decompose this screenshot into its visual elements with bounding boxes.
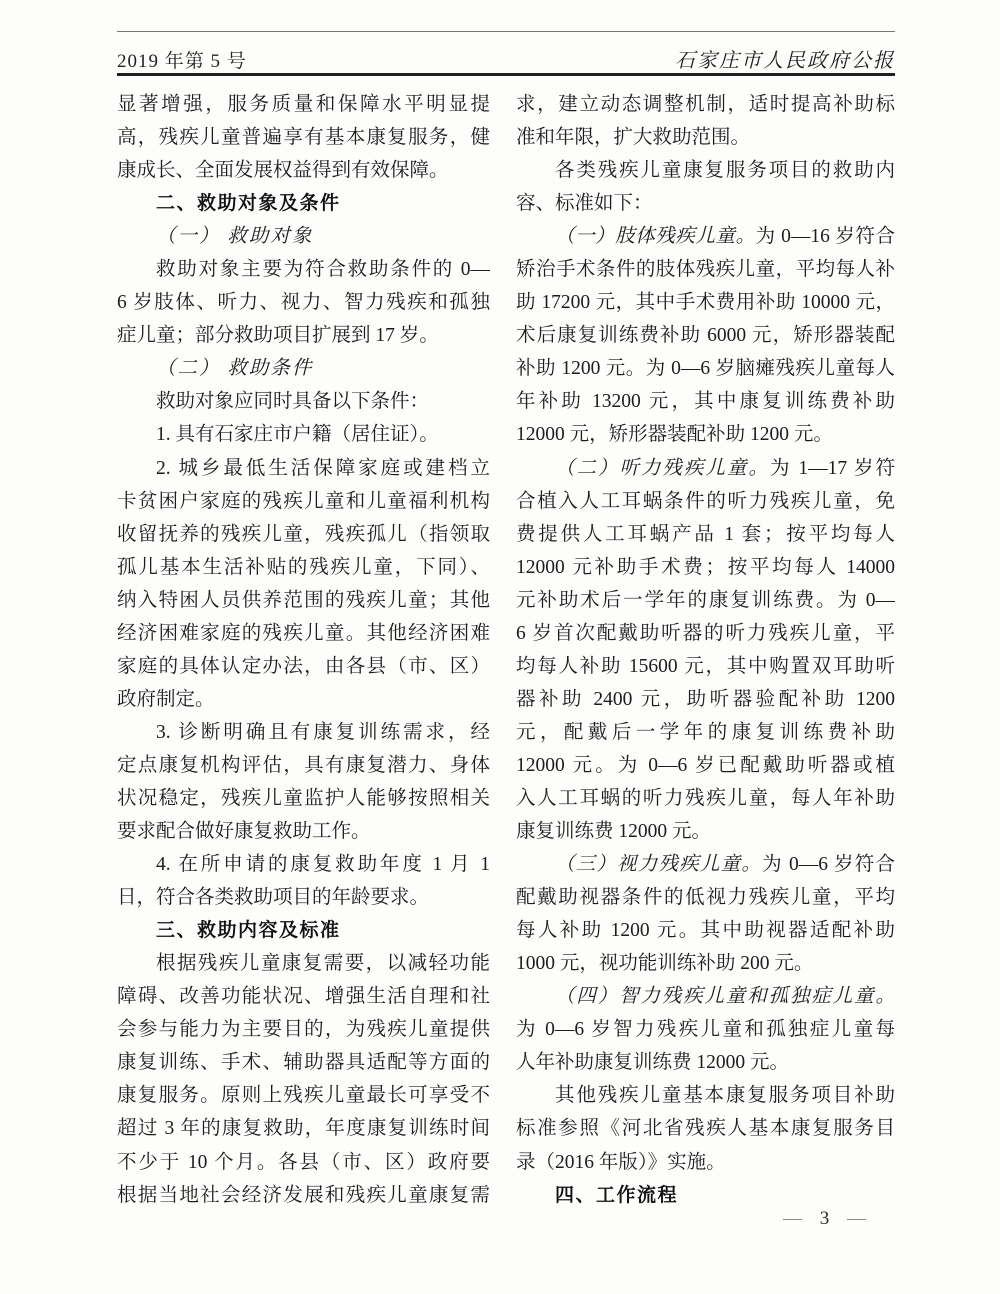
text-line: 康成长、全面发展权益得到有效保障。 <box>117 154 490 187</box>
text-line: 救助对象应同时具备以下条件： <box>117 385 490 418</box>
text-line: 12000 元补助手术费；按平均每人 14000 <box>516 551 895 584</box>
page-header: 2019 年第 5 号 石家庄市人民政府公报 <box>117 44 895 70</box>
text-line: 卡贫困户家庭的残疾儿童和儿童福利机构 <box>117 485 490 518</box>
kai-item-label: （一） 救助对象 <box>156 226 313 247</box>
kai-item-label: （四）智力残疾儿童和孤独症儿童。 <box>555 986 895 1007</box>
text-line: 12000 元，矫形器装配补助 1200 元。 <box>516 418 895 451</box>
gazette-title: 石家庄市人民政府公报 <box>675 44 895 73</box>
text-line: 求，建立动态调整机制，适时提高补助标 <box>516 88 895 121</box>
text-line: 家庭的具体认定办法，由各县（市、区） <box>117 650 490 683</box>
text-line: （三）视力残疾儿童。为 0—6 岁符合 <box>516 848 895 881</box>
text-line: 配戴助视器条件的低视力残疾儿童，平均 <box>516 881 895 914</box>
text-line: 助 17200 元，其中手术费用补助 10000 元， <box>516 286 895 319</box>
text-line: 根据当地社会经济发展和残疾儿童康复需 <box>117 1179 490 1212</box>
footer-dash-right: — <box>838 1208 875 1229</box>
section-heading: 三、救助内容及标准 <box>117 914 490 947</box>
header-bottom-rule <box>117 73 895 76</box>
text-line: 器补助 2400 元，助听器验配补助 1200 <box>516 683 895 716</box>
text-line: 6 岁肢体、听力、视力、智力残疾和孤独 <box>117 286 490 319</box>
kai-item-label: （一）肢体残疾儿童。 <box>555 226 756 247</box>
text-line: 症儿童；部分救助项目扩展到 17 岁。 <box>117 319 490 352</box>
text-line: 根据残疾儿童康复需要，以减轻功能 <box>117 947 490 980</box>
text-line: 容、标准如下： <box>516 187 895 220</box>
text-line: 会参与能力为主要目的，为残疾儿童提供 <box>117 1013 490 1046</box>
text-line: 其他残疾儿童基本康复服务项目补助 <box>516 1079 895 1112</box>
text-line: 救助对象主要为符合救助条件的 0— <box>117 253 490 286</box>
text-line: （四）智力残疾儿童和孤独症儿童。 <box>516 980 895 1013</box>
text-line: 政府制定。 <box>117 683 490 716</box>
text-line: 显著增强，服务质量和保障水平明显提 <box>117 88 490 121</box>
text-line: 4. 在所申请的康复救助年度 1 月 1 <box>117 848 490 881</box>
text-line: 标准参照《河北省残疾人基本康复服务目 <box>516 1112 895 1145</box>
text-line: 为 0—6 岁智力残疾儿童和孤独症儿童每 <box>516 1013 895 1046</box>
text-line: 高，残疾儿童普遍享有基本康复服务，健 <box>117 121 490 154</box>
text-line: 状况稳定，残疾儿童监护人能够按照相关 <box>117 782 490 815</box>
text-line: 矫治手术条件的肢体残疾儿童，平均每人补 <box>516 253 895 286</box>
text-line: （一） 救助对象 <box>117 220 490 253</box>
text-line: 康复训练费 12000 元。 <box>516 815 895 848</box>
text-line: 准和年限，扩大救助范围。 <box>516 121 895 154</box>
text-line: 均每人补助 15600 元，其中购置双耳助听 <box>516 650 895 683</box>
text-line: 1000 元，视功能训练补助 200 元。 <box>516 947 895 980</box>
text-line: 6 岁首次配戴助听器的听力残疾儿童，平 <box>516 617 895 650</box>
text-line: 元，配戴后一学年的康复训练费补助 <box>516 716 895 749</box>
text-line: 12000 元。为 0—6 岁已配戴助听器或植 <box>516 749 895 782</box>
two-column-body: 显著增强，服务质量和保障水平明显提高，残疾儿童普遍享有基本康复服务，健康成长、全… <box>117 88 895 1212</box>
kai-item-label: （三）视力残疾儿童。 <box>555 854 762 875</box>
text-line: 元补助术后一学年的康复训练费。为 0— <box>516 584 895 617</box>
issue-number: 2019 年第 5 号 <box>117 46 247 73</box>
right-column: 求，建立动态调整机制，适时提高补助标准和年限，扩大救助范围。各类残疾儿童康复服务… <box>516 88 895 1212</box>
text-line: 2. 城乡最低生活保障家庭或建档立 <box>117 452 490 485</box>
text-line: 费提供人工耳蜗产品 1 套；按平均每人 <box>516 518 895 551</box>
text-line: 每人补助 1200 元。其中助视器适配补助 <box>516 914 895 947</box>
text-line: 日，符合各类救助项目的年龄要求。 <box>117 881 490 914</box>
text-line: 术后康复训练费补助 6000 元，矫形器装配 <box>516 319 895 352</box>
footer-dash-left: — <box>774 1208 811 1229</box>
page-footer: — 3 — <box>516 1204 895 1234</box>
text-line: 补助 1200 元。为 0—6 岁脑瘫残疾儿童每人 <box>516 352 895 385</box>
text-line: 康复训练、手术、辅助器具适配等方面的 <box>117 1046 490 1079</box>
text-line: 纳入特困人员供养范围的残疾儿童；其他 <box>117 584 490 617</box>
gazette-page: 2019 年第 5 号 石家庄市人民政府公报 显著增强，服务质量和保障水平明显提… <box>0 0 1000 1294</box>
text-line: 经济困难家庭的残疾儿童。其他经济困难 <box>117 617 490 650</box>
text-line: 录（2016 年版）》实施。 <box>516 1146 895 1179</box>
text-line: 障碍、改善功能状况、增强生活自理和社 <box>117 980 490 1013</box>
text-line: 要求配合做好康复救助工作。 <box>117 815 490 848</box>
text-line: 合植入人工耳蜗条件的听力残疾儿童，免 <box>516 485 895 518</box>
text-line: 人年补助康复训练费 12000 元。 <box>516 1046 895 1079</box>
text-line: 各类残疾儿童康复服务项目的救助内 <box>516 154 895 187</box>
header-top-rule <box>117 31 895 32</box>
section-heading: 二、救助对象及条件 <box>117 187 490 220</box>
text-line: （一）肢体残疾儿童。为 0—16 岁符合 <box>516 220 895 253</box>
text-line: 入人工耳蜗的听力残疾儿童，每人年补助 <box>516 782 895 815</box>
text-line: 超过 3 年的康复救助，年度康复训练时间 <box>117 1112 490 1145</box>
text-line: 孤儿基本生活补贴的残疾儿童，下同）、 <box>117 551 490 584</box>
text-line: 不少于 10 个月。各县（市、区）政府要 <box>117 1146 490 1179</box>
left-column: 显著增强，服务质量和保障水平明显提高，残疾儿童普遍享有基本康复服务，健康成长、全… <box>117 88 490 1212</box>
text-line: 3. 诊断明确且有康复训练需求，经 <box>117 716 490 749</box>
text-line: 1. 具有石家庄市户籍（居住证）。 <box>117 418 490 451</box>
text-line: 康复服务。原则上残疾儿童最长可享受不 <box>117 1079 490 1112</box>
text-line: （二） 救助条件 <box>117 352 490 385</box>
text-line: 定点康复机构评估，具有康复潜力、身体 <box>117 749 490 782</box>
text-line: 收留抚养的残疾儿童，残疾孤儿（指领取 <box>117 518 490 551</box>
page-number: 3 <box>816 1208 834 1229</box>
kai-item-label: （二）听力残疾儿童。 <box>555 458 770 479</box>
text-line: （二）听力残疾儿童。为 1—17 岁符 <box>516 452 895 485</box>
text-line: 年补助 13200 元，其中康复训练费补助 <box>516 385 895 418</box>
kai-item-label: （二） 救助条件 <box>156 358 313 379</box>
